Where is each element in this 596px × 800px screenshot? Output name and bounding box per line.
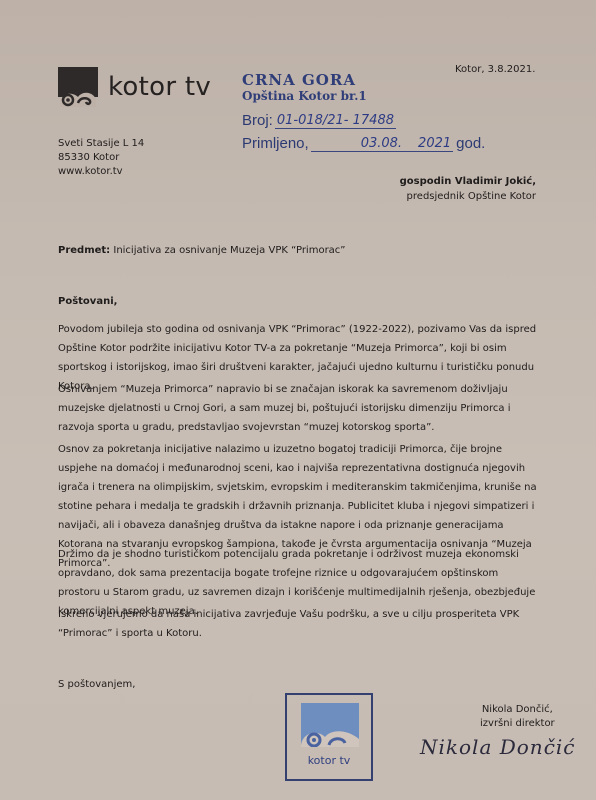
subject-line: Predmet: Inicijativa za osnivanje Muzeja… (58, 245, 346, 256)
wave-logo-icon (58, 67, 98, 107)
subject-text: Inicijativa za osnivanje Muzeja VPK “Pri… (110, 245, 345, 256)
broj-value: 01-018/21- 17488 (275, 113, 396, 129)
handwritten-signature: Nikola Dončić (420, 735, 576, 759)
signer-title: izvršni direktor (480, 717, 555, 731)
subject-label: Predmet: (58, 245, 110, 256)
letter-date: Kotor, 3.8.2021. (455, 64, 535, 75)
signer-block: Nikola Dončić, izvršni direktor (480, 703, 555, 731)
recipient-block: gospodin Vladimir Jokić, predsjednik Opš… (400, 174, 536, 204)
god-label: god. (456, 135, 485, 152)
broj-label: Broj: (242, 112, 273, 129)
recipient-title: predsjednik Opštine Kotor (400, 189, 536, 204)
company-seal: kotor tv (285, 693, 373, 781)
recipient-name: gospodin Vladimir Jokić, (400, 176, 536, 187)
seal-wave-icon (301, 703, 359, 747)
signer-name: Nikola Dončić, (480, 703, 555, 717)
body-paragraph: Iskreno vjerujemo da naša inicijativa za… (58, 605, 543, 643)
registry-stamp: CRNA GORA Opština Kotor br.1 Broj: 01-01… (242, 71, 485, 152)
address-website: www.kotor.tv (58, 165, 144, 179)
greeting: Poštovani, (58, 296, 117, 307)
seal-text: kotor tv (287, 754, 371, 767)
stamp-country: CRNA GORA (242, 71, 485, 89)
sender-address: Sveti Stasije L 14 85330 Kotor www.kotor… (58, 137, 144, 179)
logo-text: kotor tv (108, 72, 211, 102)
address-city: 85330 Kotor (58, 151, 144, 165)
kotor-tv-logo: kotor tv (58, 67, 211, 107)
primljeno-year: 2021 (416, 136, 453, 152)
stamp-municipality: Opština Kotor br.1 (242, 89, 485, 103)
stamp-received-line: Primljeno, 03.08. 2021 god. (242, 135, 485, 152)
primljeno-date: 03.08. (311, 136, 416, 152)
closing: S poštovanjem, (58, 679, 135, 690)
address-street: Sveti Stasije L 14 (58, 137, 144, 151)
stamp-number-line: Broj: 01-018/21- 17488 (242, 112, 485, 129)
primljeno-label: Primljeno, (242, 135, 309, 152)
body-paragraph: Osnivanjem “Muzeja Primorca” napravio bi… (58, 380, 543, 437)
